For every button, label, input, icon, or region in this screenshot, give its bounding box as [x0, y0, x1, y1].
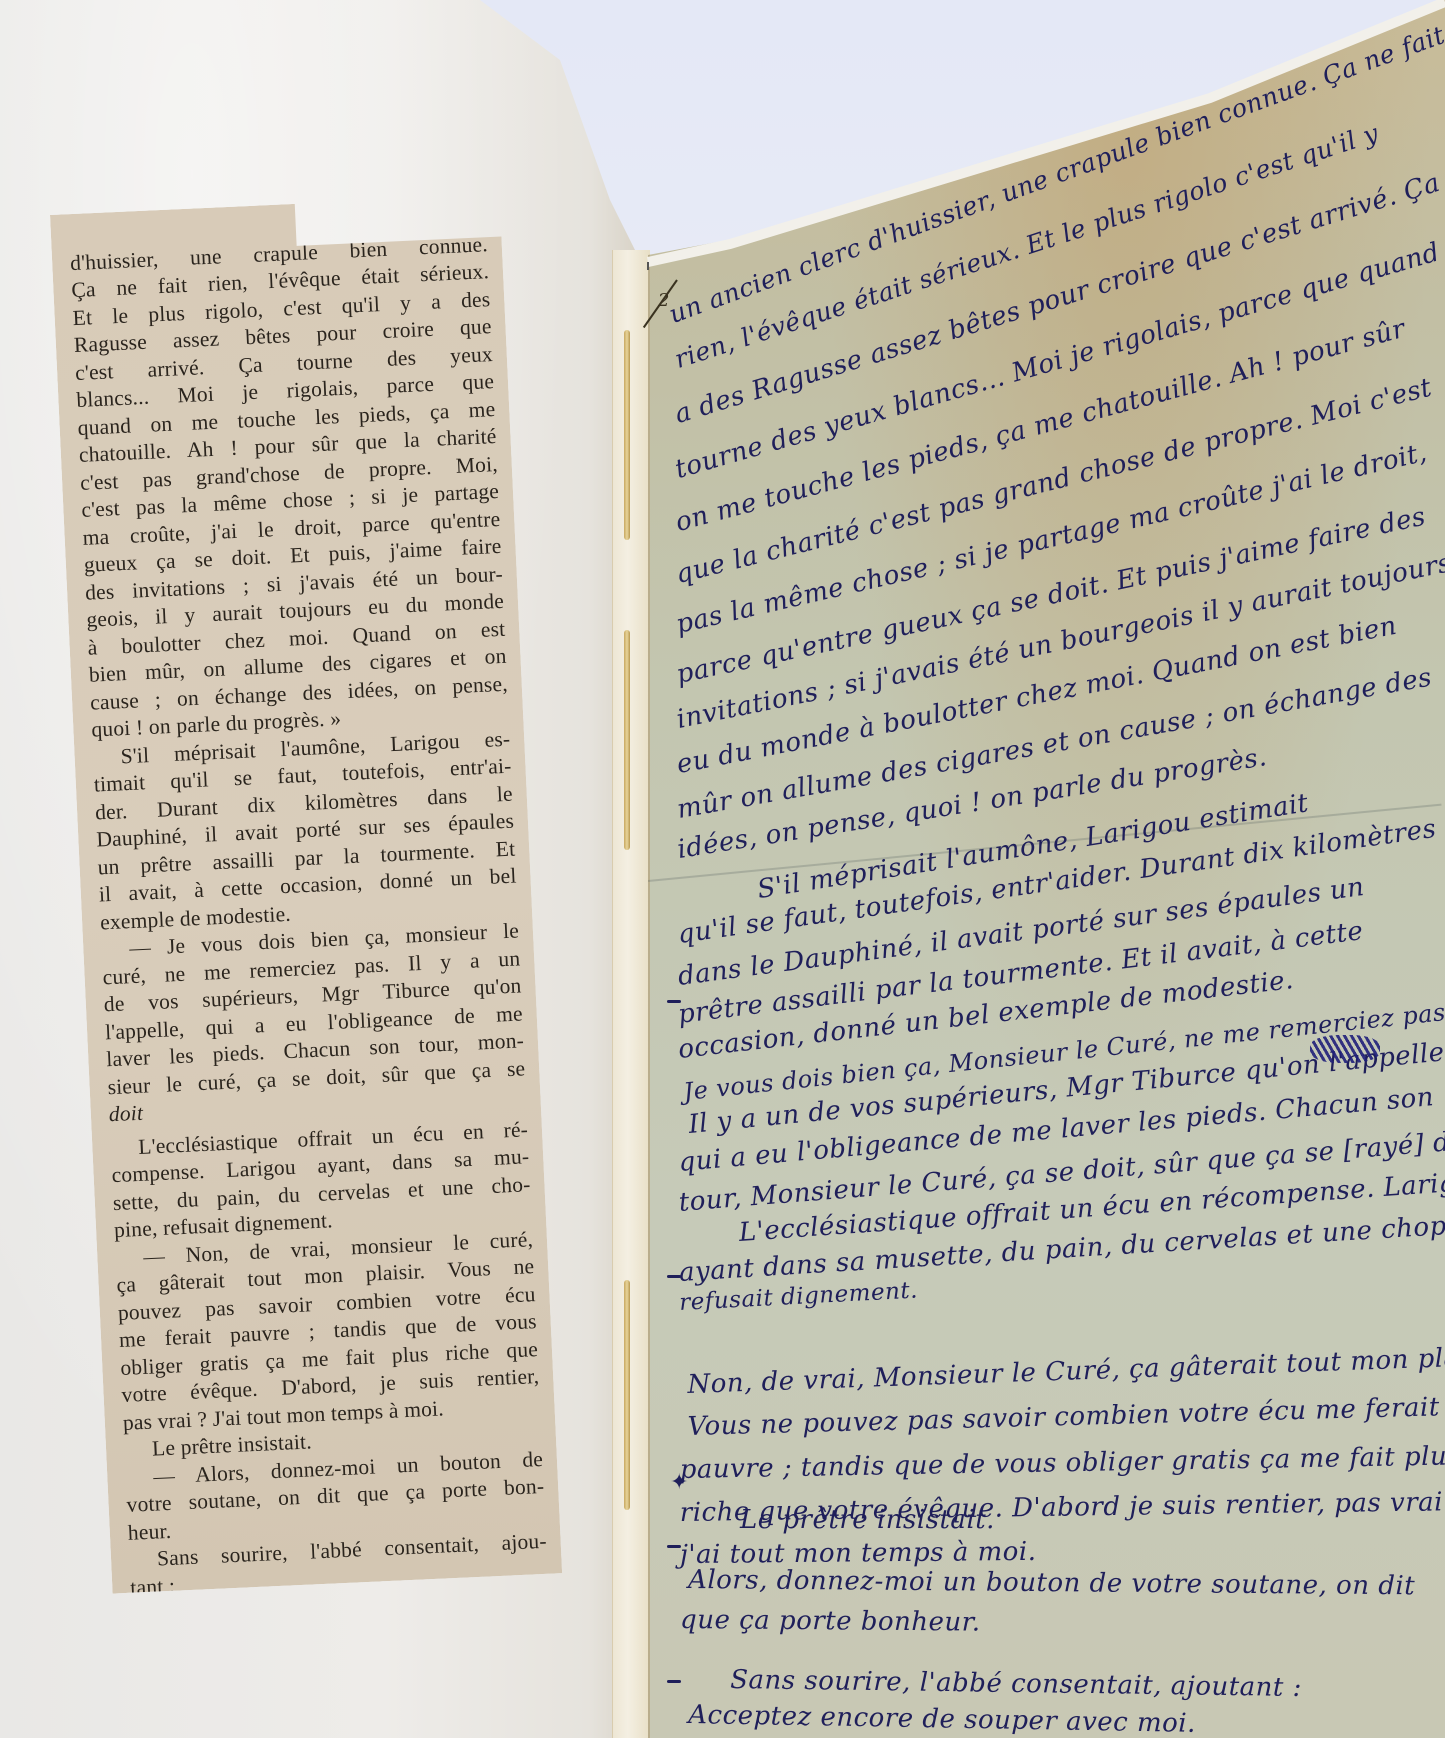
- dialogue-dash: [667, 1545, 681, 1548]
- binding-stitch: [624, 630, 630, 850]
- newspaper-clipping: un ancien clerc d'huissier, une crapule …: [50, 195, 562, 1594]
- book-gutter: [612, 250, 650, 1738]
- dialogue-dash: [667, 1275, 681, 1278]
- manuscript-line: Le prêtre insistait.: [740, 1505, 995, 1535]
- binding-stitch: [624, 330, 630, 540]
- crossed-out-word: [1310, 1035, 1380, 1063]
- binding-stitch: [624, 1280, 630, 1510]
- manuscript-line: que ça porte bonheur.: [680, 1605, 981, 1638]
- manuscript-line: Alors, donnez-moi un bouton de votre sou…: [688, 1565, 1415, 1601]
- dialogue-dash: [667, 1000, 681, 1003]
- insertion-mark-icon: ✦: [670, 1470, 688, 1495]
- dialogue-dash: [667, 1680, 681, 1683]
